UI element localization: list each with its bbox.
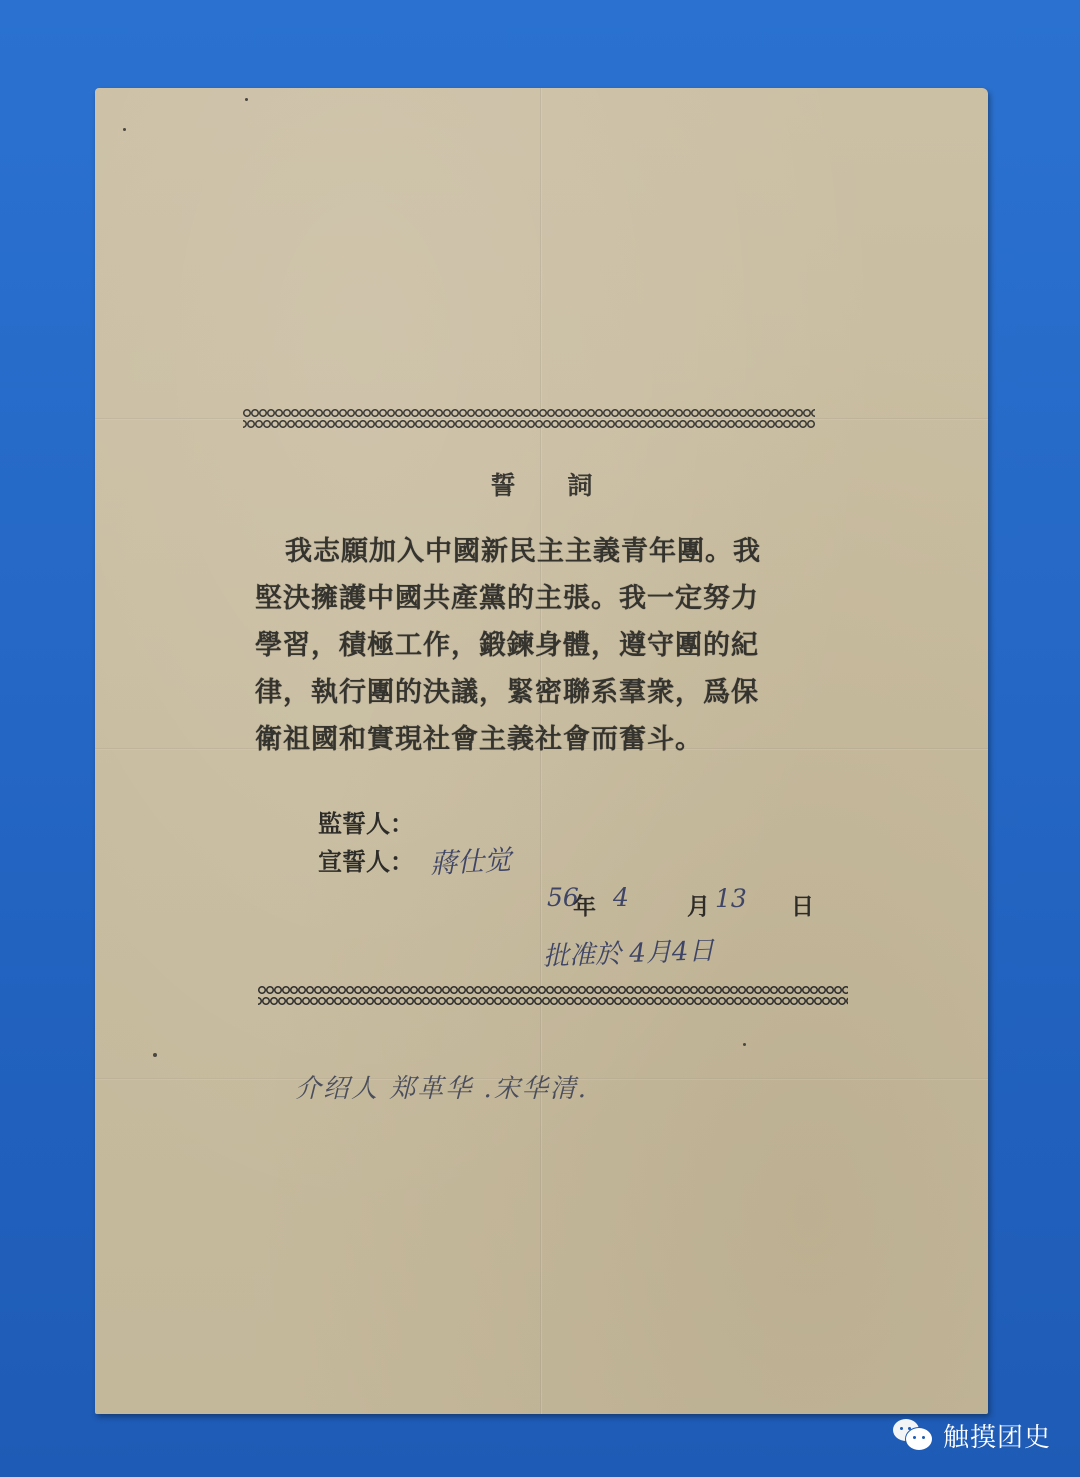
approval-note: 批准於 4月4日 <box>542 930 715 973</box>
date-day-char: 日 <box>791 888 814 921</box>
oath-giver-signature: 蔣仕觉 <box>429 838 512 881</box>
ink-speck <box>743 1043 746 1046</box>
oath-giver-label: 宣誓人： <box>318 842 414 877</box>
oath-line: 堅決擁護中國共產黨的主張。我一定努力 <box>255 575 835 622</box>
oath-document-paper: 誓詞 我志願加入中國新民主主義青年團。我 堅決擁護中國共產黨的主張。我一定努力 … <box>95 88 988 1414</box>
ink-speck <box>245 98 248 101</box>
date-year-char: 年 <box>573 888 596 921</box>
watermark: 触摸团史 <box>893 1413 1051 1457</box>
date-day-handwritten: 13 <box>715 884 747 913</box>
oath-line: 學習，積極工作，鍛鍊身體，遵守團的紀 <box>255 622 835 669</box>
wechat-icon <box>893 1417 935 1453</box>
date-month-char: 月 <box>687 888 710 921</box>
supervisor-label: 監誓人： <box>318 804 414 839</box>
decorative-border-bottom <box>258 985 848 1009</box>
ink-speck <box>153 1053 157 1057</box>
oath-line: 律，執行團的決議，緊密聯系羣衆，爲保 <box>255 669 835 716</box>
date-month-handwritten: 4 <box>613 883 629 912</box>
oath-text: 我志願加入中國新民主主義青年團。我 堅決擁護中國共產黨的主張。我一定努力 學習，… <box>255 528 835 763</box>
oath-line: 我志願加入中國新民主主義青年團。我 <box>255 528 835 575</box>
introducers-note: 介绍人 郑革华 .宋华清. <box>295 1068 588 1105</box>
watermark-text: 触摸团史 <box>943 1417 1051 1454</box>
decorative-border-top <box>243 408 815 430</box>
document-title: 誓詞 <box>95 466 988 502</box>
ink-speck <box>123 128 126 131</box>
oath-line: 衛祖國和實現社會主義社會而奮斗。 <box>255 716 835 763</box>
